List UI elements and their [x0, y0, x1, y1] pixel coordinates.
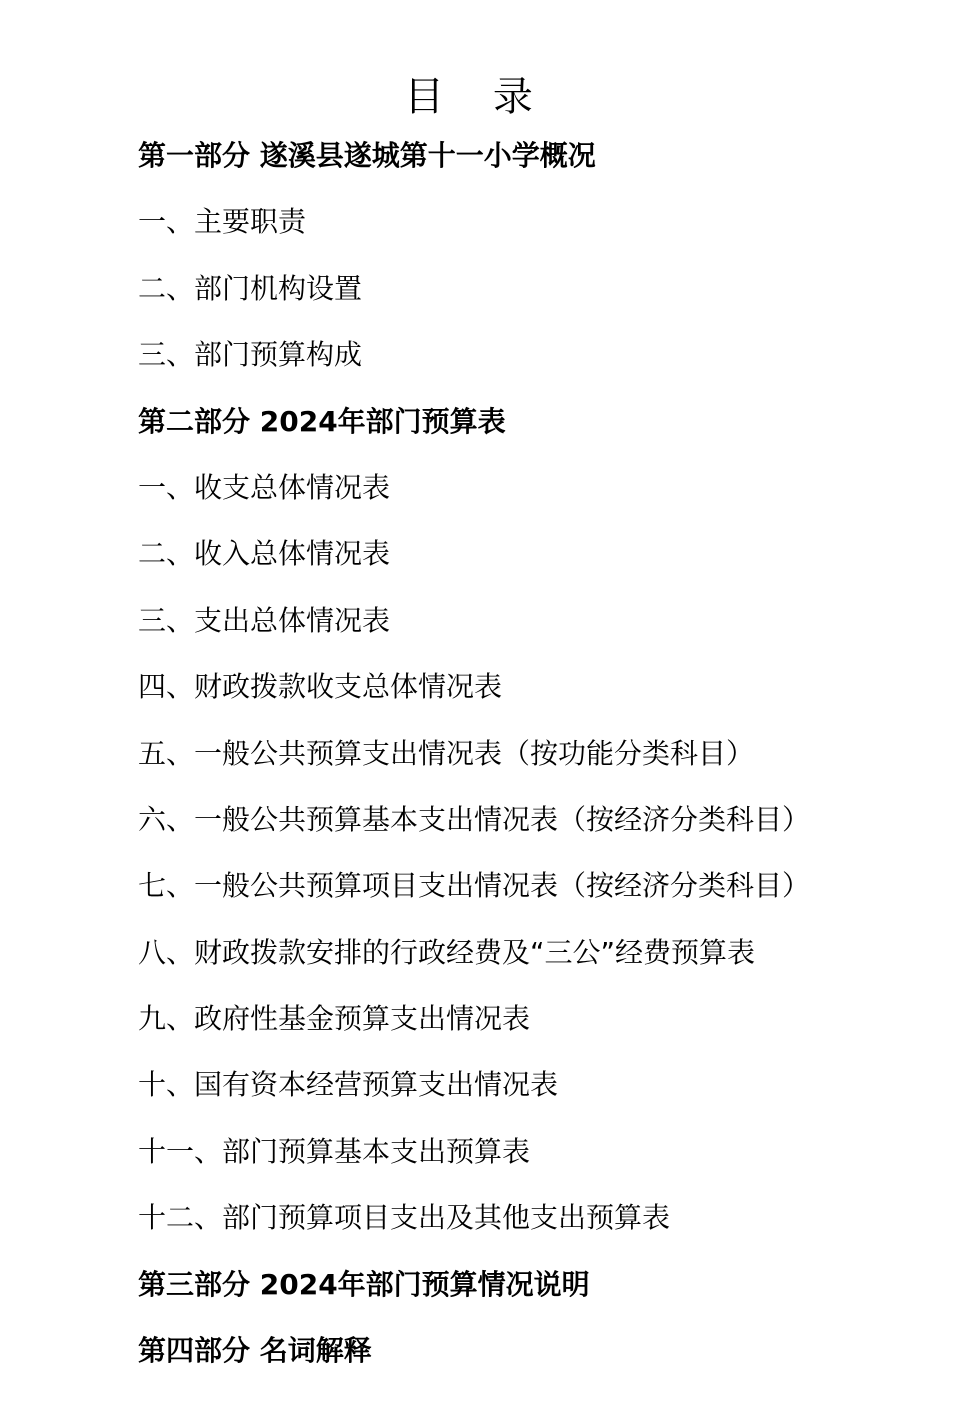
toc-item[interactable]: 一、收支总体情况表 — [138, 468, 810, 534]
toc-item[interactable]: 八、财政拨款安排的行政经费及“三公”经费预算表 — [138, 933, 810, 999]
toc-item[interactable]: 十、国有资本经营预算支出情况表 — [138, 1065, 810, 1131]
toc-part-3[interactable]: 第三部分 2024年部门预算情况说明 — [138, 1265, 810, 1331]
toc-item[interactable]: 九、政府性基金预算支出情况表 — [138, 999, 810, 1065]
toc-item[interactable]: 十一、部门预算基本支出预算表 — [138, 1132, 810, 1198]
toc-item[interactable]: 二、收入总体情况表 — [138, 534, 810, 600]
toc-item[interactable]: 五、一般公共预算支出情况表（按功能分类科目） — [138, 734, 810, 800]
toc-part-4[interactable]: 第四部分 名词解释 — [138, 1331, 810, 1397]
toc-part-2[interactable]: 第二部分 2024年部门预算表 — [138, 402, 810, 468]
toc-item[interactable]: 六、一般公共预算基本支出情况表（按经济分类科目） — [138, 800, 810, 866]
table-of-contents: 第一部分 遂溪县遂城第十一小学概况 一、主要职责 二、部门机构设置 三、部门预算… — [138, 136, 810, 1397]
toc-item[interactable]: 三、部门预算构成 — [138, 335, 810, 401]
toc-item[interactable]: 四、财政拨款收支总体情况表 — [138, 667, 810, 733]
toc-part-1[interactable]: 第一部分 遂溪县遂城第十一小学概况 — [138, 136, 810, 202]
toc-item[interactable]: 七、一般公共预算项目支出情况表（按经济分类科目） — [138, 866, 810, 932]
toc-item[interactable]: 一、主要职责 — [138, 202, 810, 268]
toc-item[interactable]: 十二、部门预算项目支出及其他支出预算表 — [138, 1198, 810, 1264]
toc-item[interactable]: 二、部门机构设置 — [138, 269, 810, 335]
toc-item[interactable]: 三、支出总体情况表 — [138, 601, 810, 667]
page-title: 目 录 — [0, 71, 955, 123]
